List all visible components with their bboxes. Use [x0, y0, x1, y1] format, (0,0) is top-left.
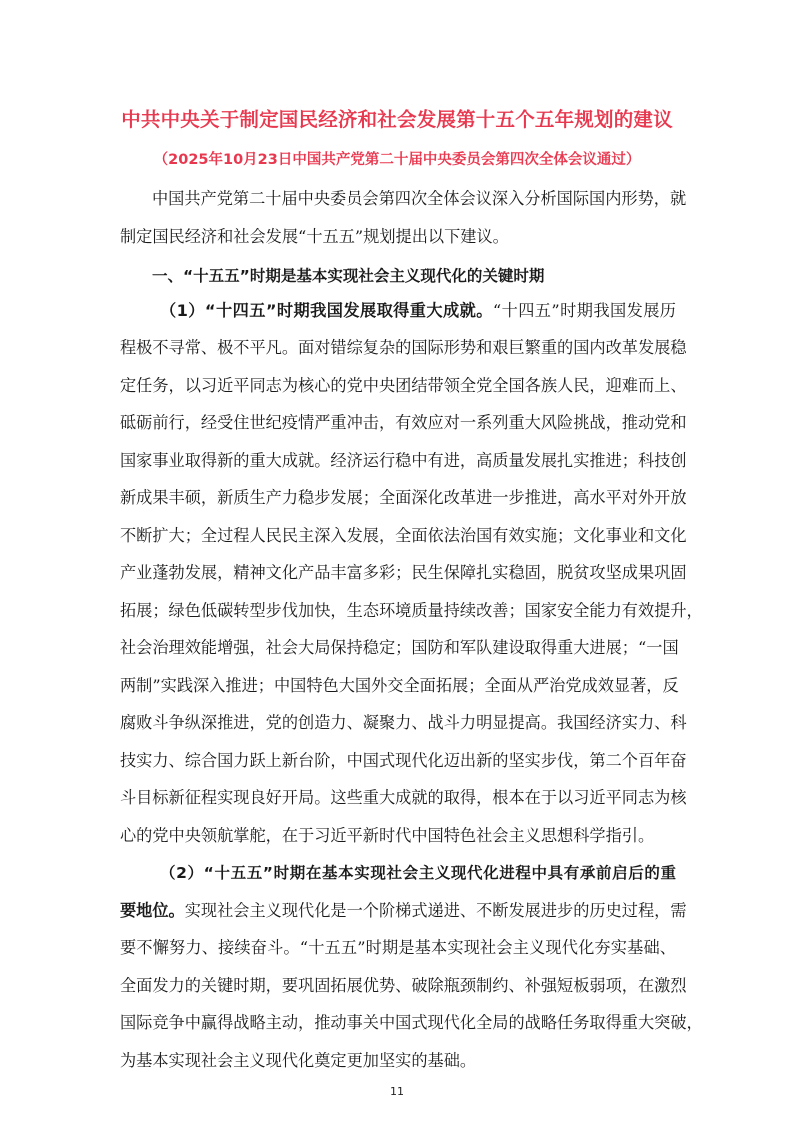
- para1-line: 社会治理效能增强，社会大局保持稳定；国防和军队建设取得重大进展；“一国: [120, 637, 676, 659]
- para1-line: 心的党中央领航掌舵，在于习近平新时代中国特色社会主义思想科学指引。: [120, 825, 676, 847]
- para1-line: 新成果丰硕，新质生产力稳步发展；全面深化改革进一步推进，高水平对外开放: [120, 487, 676, 509]
- para1-line: 国家事业取得新的重大成就。经济运行稳中有进，高质量发展扎实推进；科技创: [120, 450, 676, 472]
- para1-line: 砥砺前行，经受住世纪疫情严重冲击，有效应对一系列重大风险挑战，推动党和: [120, 412, 676, 434]
- document-title: 中共中央关于制定国民经济和社会发展第十五个五年规划的建议: [0, 104, 794, 132]
- para2-second-line: 要地位。实现社会主义现代化是一个阶梯式递进、不断发展进步的历史过程，需: [120, 900, 676, 922]
- para1-first-line: （1）“十四五”时期我国发展取得重大成就。“十四五”时期我国发展历: [160, 300, 676, 322]
- para1-line: 程极不寻常、极不平凡。面对错综复杂的国际形势和艰巨繁重的国内改革发展稳: [120, 337, 676, 359]
- para1-line: 产业蓬勃发展，精神文化产品丰富多彩；民生保障扎实稳固，脱贫攻坚成果巩固: [120, 562, 676, 584]
- para2-line: 要不懈努力、接续奋斗。“十五五”时期是基本实现社会主义现代化夯实基础、: [120, 937, 676, 959]
- para2-line: 全面发力的关键时期，要巩固拓展优势、破除瓶颈制约、补强短板弱项，在激烈: [120, 975, 676, 997]
- para1-line: 技实力、综合国力跃上新台阶，中国式现代化迈出新的坚实步伐，第二个百年奋: [120, 750, 676, 772]
- para1-line: 斗目标新征程实现良好开局。这些重大成就的取得，根本在于以习近平同志为核: [120, 787, 676, 809]
- para1-line: 拓展；绿色低碳转型步伐加快，生态环境质量持续改善；国家安全能力有效提升，: [120, 600, 676, 622]
- para2-bold-line: （2）“十五五”时期在基本实现社会主义现代化进程中具有承前启后的重: [160, 862, 676, 884]
- section-heading: 一、“十五五”时期是基本实现社会主义现代化的关键时期: [152, 264, 544, 286]
- document-page: 中共中央关于制定国民经济和社会发展第十五个五年规划的建议 （2025年10月23…: [0, 0, 794, 1123]
- para2-second-rest: 实现社会主义现代化是一个阶梯式递进、不断发展进步的历史过程，需: [185, 901, 687, 920]
- para1-line: 两制”实践深入推进；中国特色大国外交全面拓展；全面从严治党成效显著，反: [120, 675, 676, 697]
- para2-bold-lead: 要地位。: [120, 901, 185, 920]
- para1-bold-lead: （1）“十四五”时期我国发展取得重大成就。: [160, 301, 493, 320]
- para2-line: 国际竞争中赢得战略主动，推动事关中国式现代化全局的战略任务取得重大突破，: [120, 1012, 676, 1034]
- intro-line: 制定国民经济和社会发展“十五五”规划提出以下建议。: [120, 226, 676, 248]
- para2-line: 为基本实现社会主义现代化奠定更加坚实的基础。: [120, 1050, 676, 1072]
- para1-line: 腐败斗争纵深推进，党的创造力、凝聚力、战斗力明显提高。我国经济实力、科: [120, 712, 676, 734]
- page-number: 11: [0, 1085, 794, 1098]
- intro-line: 中国共产党第二十届中央委员会第四次全体会议深入分析国际国内形势，就: [152, 188, 676, 210]
- para1-line: 定任务，以习近平同志为核心的党中央团结带领全党全国各族人民，迎难而上、: [120, 375, 676, 397]
- document-subtitle: （2025年10月23日中国共产党第二十届中央委员会第四次全体会议通过）: [0, 148, 794, 169]
- para1-first-rest: “十四五”时期我国发展历: [493, 301, 676, 320]
- para1-line: 不断扩大；全过程人民民主深入发展，全面依法治国有效实施；文化事业和文化: [120, 525, 676, 547]
